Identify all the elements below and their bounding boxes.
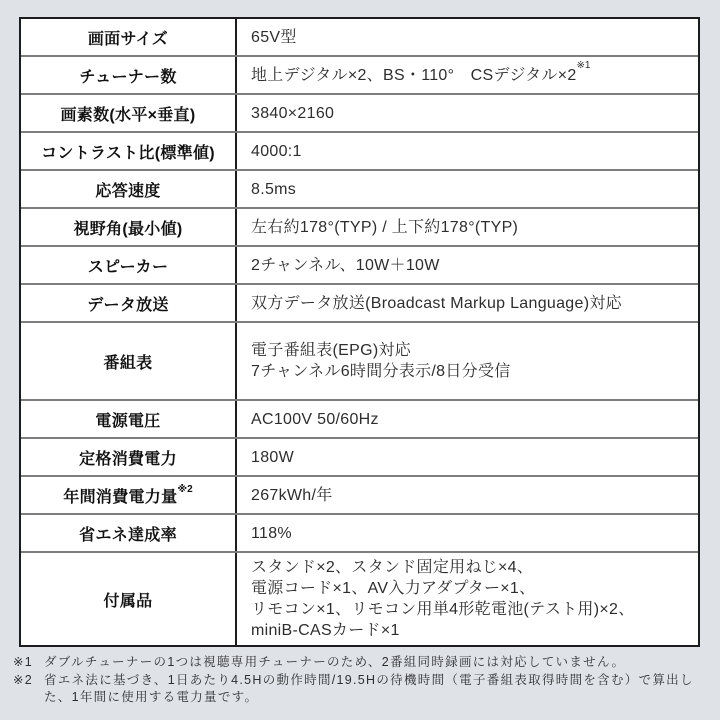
row-label: データ放送: [21, 285, 237, 321]
footnote-text: ダブルチューナーの1つは視聴専用チューナーのため、2番組同時録画には対応していま…: [44, 654, 719, 671]
row-value-line: miniB-CASカード×1: [251, 620, 692, 641]
row-label-text: 定格消費電力: [79, 446, 177, 469]
row-label: 番組表: [21, 323, 237, 399]
row-label: 定格消費電力: [21, 439, 237, 475]
row-value: 電子番組表(EPG)対応7チャンネル6時間分表示/8日分受信: [237, 323, 698, 399]
row-label: チューナー数: [21, 57, 237, 93]
row-label-text: 画面サイズ: [88, 26, 168, 49]
table-row: 年間消費電力量※2 267kWh/年: [21, 477, 698, 515]
row-value-line: 電子番組表(EPG)対応: [251, 340, 692, 361]
row-value-line: 2チャンネル、10W＋10W: [251, 255, 692, 276]
row-label: スピーカー: [21, 247, 237, 283]
row-value: 左右約178°(TYP) / 上下約178°(TYP): [237, 209, 698, 245]
row-value-line: リモコン×1、リモコン用単4形乾電池(テスト用)×2、: [251, 599, 692, 620]
row-value-line: 双方データ放送(Broadcast Markup Language)対応: [251, 293, 692, 314]
row-value-line: 左右約178°(TYP) / 上下約178°(TYP): [251, 217, 692, 238]
table-row: 画素数(水平×垂直) 3840×2160: [21, 95, 698, 133]
row-value: 4000:1: [237, 133, 698, 169]
row-label-text: 省エネ達成率: [79, 522, 177, 545]
table-row: 電源電圧 AC100V 50/60Hz: [21, 401, 698, 439]
row-label: 省エネ達成率: [21, 515, 237, 551]
row-value: 8.5ms: [237, 171, 698, 207]
footnote: ※2 省エネ法に基づき、1日あたり4.5Hの動作時間/19.5Hの待機時間（電子…: [13, 672, 719, 706]
row-label-text: チューナー数: [79, 64, 176, 87]
row-value: 267kWh/年: [237, 477, 698, 513]
row-label: 視野角(最小値): [21, 209, 237, 245]
footnote: ※1 ダブルチューナーの1つは視聴専用チューナーのため、2番組同時録画には対応し…: [13, 654, 719, 671]
row-value-line: 65V型: [251, 27, 692, 48]
table-row: 応答速度 8.5ms: [21, 171, 698, 209]
row-label: 付属品: [21, 553, 237, 645]
row-label-text: 応答速度: [95, 178, 160, 201]
row-value: スタンド×2、スタンド固定用ねじ×4、電源コード×1、AV入力アダプター×1、リ…: [237, 553, 698, 645]
value-footnote-marker: ※1: [577, 60, 591, 71]
row-value-line: スタンド×2、スタンド固定用ねじ×4、: [251, 557, 692, 578]
row-value-line: 267kWh/年: [251, 485, 692, 506]
row-value: 118%: [237, 515, 698, 551]
row-value-line: 118%: [251, 523, 692, 544]
row-label: コントラスト比(標準値): [21, 133, 237, 169]
spec-sheet: 画面サイズ 65V型 チューナー数 地上デジタル×2、BS・110° CSデジタ…: [19, 17, 700, 707]
row-value-line: 3840×2160: [251, 103, 692, 124]
row-value: 65V型: [237, 19, 698, 55]
footnote-text: 省エネ法に基づき、1日あたり4.5Hの動作時間/19.5Hの待機時間（電子番組表…: [44, 672, 719, 706]
row-value: 3840×2160: [237, 95, 698, 131]
row-label-text: データ放送: [87, 292, 169, 315]
row-label-text: 電源電圧: [95, 408, 160, 431]
row-label-text: 番組表: [104, 350, 153, 373]
table-row: 番組表 電子番組表(EPG)対応7チャンネル6時間分表示/8日分受信: [21, 323, 698, 401]
row-label: 年間消費電力量※2: [21, 477, 237, 513]
table-row: スピーカー 2チャンネル、10W＋10W: [21, 247, 698, 285]
row-value: 地上デジタル×2、BS・110° CSデジタル×2※1: [237, 57, 698, 93]
table-row: コントラスト比(標準値) 4000:1: [21, 133, 698, 171]
row-label-text: 視野角(最小値): [73, 216, 182, 239]
footnotes: ※1 ダブルチューナーの1つは視聴専用チューナーのため、2番組同時録画には対応し…: [13, 654, 719, 706]
row-value: AC100V 50/60Hz: [237, 401, 698, 437]
row-value-line: AC100V 50/60Hz: [251, 409, 692, 430]
footnote-marker: ※2: [13, 672, 44, 706]
row-value-line: 4000:1: [251, 141, 692, 162]
row-label-text: 付属品: [104, 588, 153, 611]
page: { "colors": { "page_background": "#dfe3e…: [0, 0, 720, 720]
row-label: 画面サイズ: [21, 19, 237, 55]
row-value: 2チャンネル、10W＋10W: [237, 247, 698, 283]
table-row: 省エネ達成率 118%: [21, 515, 698, 553]
row-value-line: 8.5ms: [251, 179, 692, 200]
row-label-text: 年間消費電力量: [63, 484, 177, 507]
footnote-marker: ※1: [13, 654, 44, 671]
table-row: 画面サイズ 65V型: [21, 19, 698, 57]
row-label: 応答速度: [21, 171, 237, 207]
table-row: データ放送 双方データ放送(Broadcast Markup Language)…: [21, 285, 698, 323]
row-label: 電源電圧: [21, 401, 237, 437]
spec-table: 画面サイズ 65V型 チューナー数 地上デジタル×2、BS・110° CSデジタ…: [19, 17, 700, 647]
table-row: 視野角(最小値) 左右約178°(TYP) / 上下約178°(TYP): [21, 209, 698, 247]
row-value-line: 地上デジタル×2、BS・110° CSデジタル×2※1: [251, 65, 692, 86]
row-label-text: コントラスト比(標準値): [41, 140, 215, 163]
row-value-line: 7チャンネル6時間分表示/8日分受信: [251, 361, 692, 382]
table-row: チューナー数 地上デジタル×2、BS・110° CSデジタル×2※1: [21, 57, 698, 95]
row-value: 180W: [237, 439, 698, 475]
row-label-text: スピーカー: [88, 254, 169, 277]
row-value: 双方データ放送(Broadcast Markup Language)対応: [237, 285, 698, 321]
table-row: 定格消費電力 180W: [21, 439, 698, 477]
row-value-line: 180W: [251, 447, 692, 468]
row-label: 画素数(水平×垂直): [21, 95, 237, 131]
row-value-line: 電源コード×1、AV入力アダプター×1、: [251, 578, 692, 599]
table-row: 付属品 スタンド×2、スタンド固定用ねじ×4、電源コード×1、AV入力アダプター…: [21, 553, 698, 645]
row-label-text: 画素数(水平×垂直): [60, 102, 195, 125]
